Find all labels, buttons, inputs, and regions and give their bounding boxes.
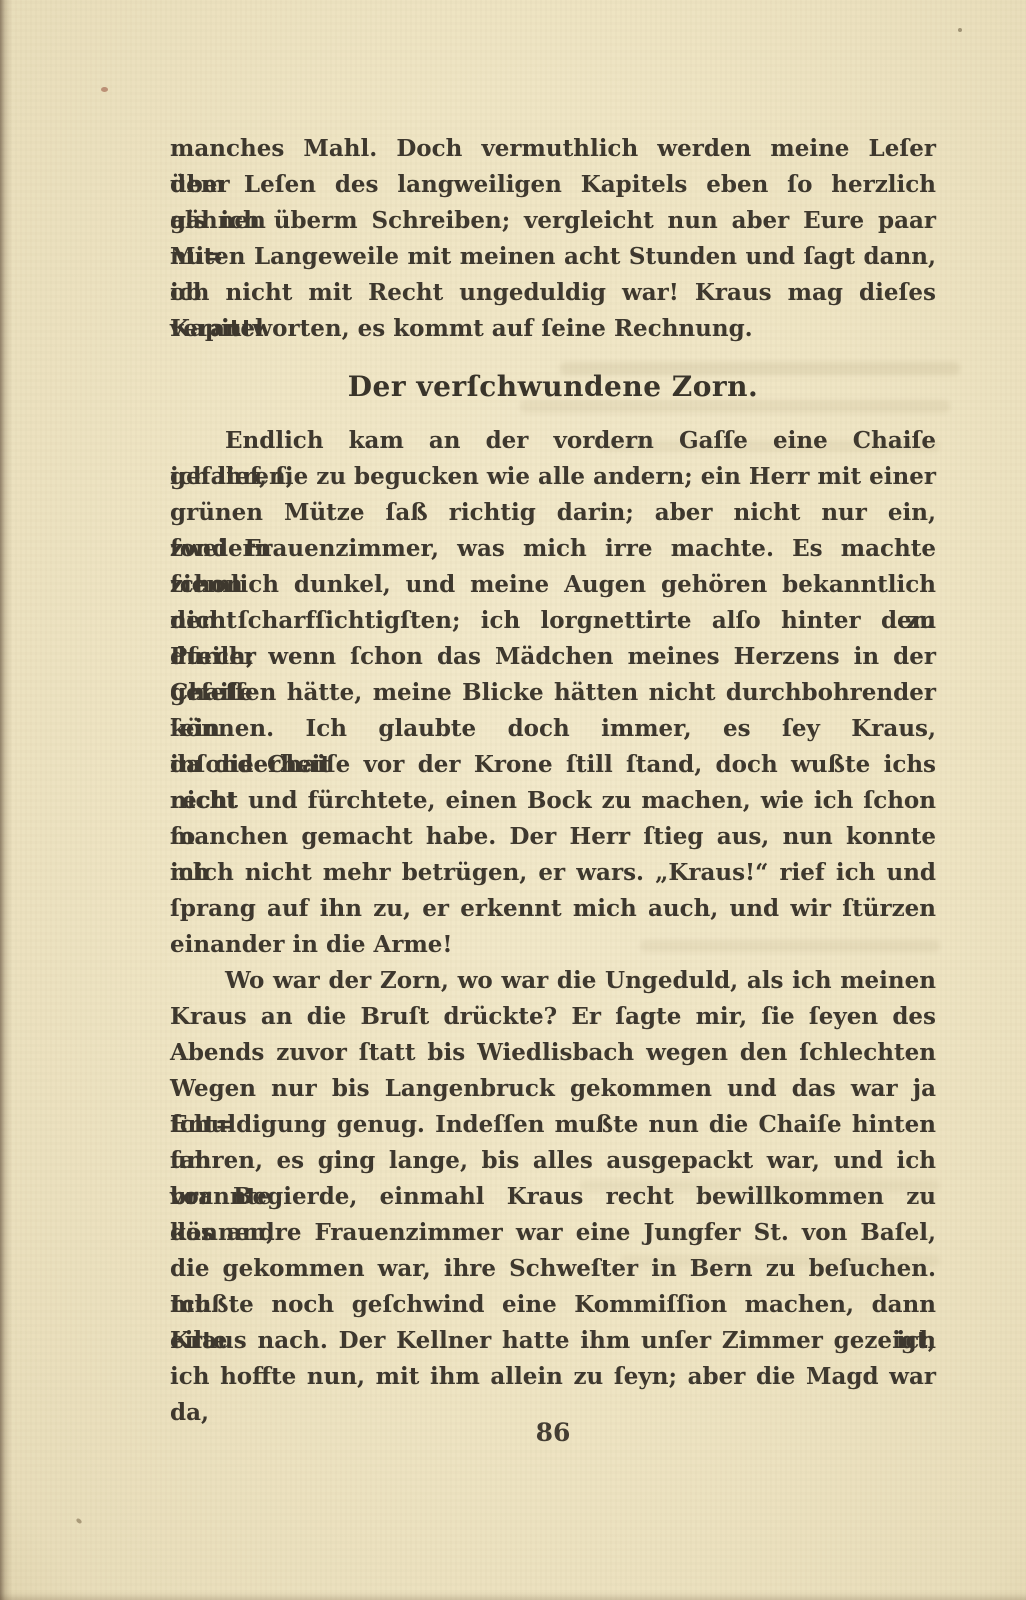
text-line: recht und fürchtete, einen Bock zu mache…	[170, 783, 936, 819]
text-line: Abends zuvor ſtatt bis Wiedlisbach wegen…	[170, 1035, 936, 1071]
text-line: ſprang auf ihn zu, er erkennt mich auch,…	[170, 891, 936, 927]
text-line: das andre Frauenzimmer war eine Jungfer …	[170, 1215, 936, 1251]
text-line: ich hoffte nun, mit ihm allein zu ſeyn; …	[170, 1359, 936, 1395]
text-line: können. Ich glaubte doch immer, es ſey K…	[170, 711, 936, 747]
text-line: manches Mahl. Doch vermuthlich werden me…	[170, 131, 936, 167]
text-line: ziemlich dunkel, und meine Augen gehören…	[170, 567, 936, 603]
text-line: mich nicht mehr betrügen, er wars. „Krau…	[170, 855, 936, 891]
text-line: manchen gemacht habe. Der Herr ſtieg aus…	[170, 819, 936, 855]
text-line: ich nicht mit Recht ungeduldig war! Krau…	[170, 275, 936, 311]
text-line: einander in die Arme!	[170, 927, 936, 963]
paper-speck	[958, 28, 962, 32]
text-line: geſeſſen hätte, meine Blicke hätten nich…	[170, 675, 936, 711]
text-line: fahren, es ging lange, bis alles ausgepa…	[170, 1143, 936, 1179]
text-line: zwei Frauenzimmer, was mich irre machte.…	[170, 531, 936, 567]
body-paragraph: Wo war der Zorn, wo war die Ungeduld, al…	[170, 963, 936, 1395]
text-line: ich lief, ſie zu begucken wie alle ander…	[170, 459, 936, 495]
text-line: als ich überm Schreiben; vergleicht nun …	[170, 203, 936, 239]
text-line: Wo war der Zorn, wo war die Ungeduld, al…	[170, 963, 936, 999]
text-line: verantworten, es kommt auf ſeine Rechnun…	[170, 311, 936, 347]
scan-edge-shadow	[0, 0, 12, 1600]
scan-edge-shadow	[0, 1592, 1026, 1600]
text-line: durch; wenn ſchon das Mädchen meines Her…	[170, 639, 936, 675]
text-line: dem Leſen des langweiligen Kapitels eben…	[170, 167, 936, 203]
text-line: Kraus nach. Der Kellner hatte ihm unſer …	[170, 1323, 936, 1359]
text-line: Wegen nur bis Langenbruck gekommen und d…	[170, 1071, 936, 1107]
text-line: mußte noch geſchwind eine Kommiſſion mac…	[170, 1287, 936, 1323]
page-number: 86	[170, 1418, 936, 1447]
paper-speck	[101, 87, 108, 92]
book-page-text-block: manches Mahl. Doch vermuthlich werden me…	[170, 131, 936, 1395]
text-line: Kraus an die Bruſt drückte? Er ſagte mir…	[170, 999, 936, 1035]
text-line: Endlich kam an der vordern Gaſſe eine Ch…	[170, 423, 936, 459]
body-paragraph: Endlich kam an der vordern Gaſſe eine Ch…	[170, 423, 936, 963]
continuation-paragraph: manches Mahl. Doch vermuthlich werden me…	[170, 131, 936, 347]
text-line: nuten Langeweile mit meinen acht Stunden…	[170, 239, 936, 275]
text-line: grünen Mütze ſaß richtig darin; aber nic…	[170, 495, 936, 531]
text-line: die gekommen war, ihre Schweſter in Bern…	[170, 1251, 936, 1287]
chapter-heading: Der verſchwundene Zorn.	[170, 367, 936, 407]
text-line: da die Chaiſe vor der Krone ſtill ſtand,…	[170, 747, 936, 783]
text-line: den ſcharfſichtigſten; ich lorgnettirte …	[170, 603, 936, 639]
paper-speck	[75, 1518, 82, 1525]
text-line: ſchuldigung genug. Indeſſen mußte nun di…	[170, 1107, 936, 1143]
text-line: vor Begierde, einmahl Kraus recht bewill…	[170, 1179, 936, 1215]
